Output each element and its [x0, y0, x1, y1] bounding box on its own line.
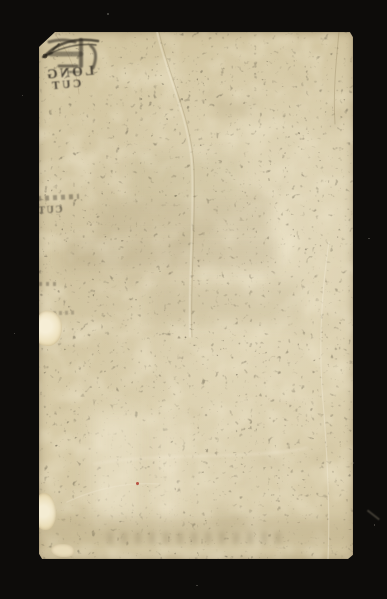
- dust-speck: [14, 333, 15, 334]
- overstamp-smudge: [39, 32, 109, 82]
- card-back: LONG CUT: [39, 32, 353, 559]
- dust-speck: [368, 238, 370, 239]
- faint-mark: [39, 282, 59, 286]
- edge-stamp-smudge: [37, 194, 79, 201]
- edge-stamp-text: CUT: [37, 204, 63, 216]
- edge-chip: [35, 493, 56, 530]
- dust-speck: [196, 585, 198, 586]
- photo-black-backdrop: LONG CUT: [0, 0, 387, 599]
- edge-chip: [51, 544, 74, 557]
- dust-speck: [22, 95, 23, 96]
- dust-speck: [374, 524, 375, 526]
- scratch-mark: [367, 510, 380, 520]
- dust-speck: [107, 13, 109, 15]
- edge-stamp: CUT: [37, 195, 87, 218]
- crease-lines: [39, 32, 353, 559]
- red-fleck: [136, 482, 139, 485]
